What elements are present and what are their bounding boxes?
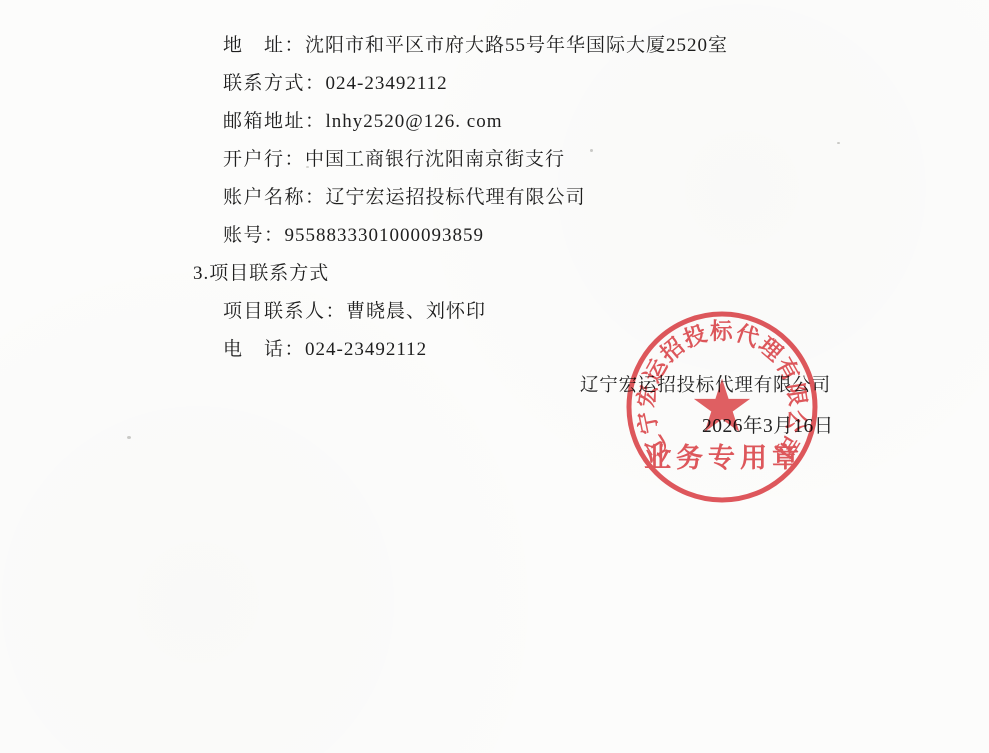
bank-line: 开户行：中国工商银行沈阳南京街支行 — [193, 141, 843, 179]
project-contact-heading-text: 3.项目联系方式 — [193, 263, 329, 284]
phone-line: 电 话：024-23492112 — [193, 331, 843, 369]
address-value: 沈阳市和平区市府大路55号年华国际大厦2520室 — [305, 35, 728, 56]
scan-speck — [127, 436, 131, 439]
account-number-value: 9558833301000093859 — [285, 225, 485, 246]
scan-speck — [306, 166, 309, 168]
phone-label: 电 话： — [223, 339, 305, 360]
contact-label: 联系方式： — [223, 73, 326, 94]
seal-bottom-text: 业务专用章 — [644, 442, 804, 473]
bank-value: 中国工商银行沈阳南京街支行 — [305, 149, 565, 170]
project-contact-person-value: 曹晓晨、刘怀印 — [346, 301, 486, 322]
scan-speck — [837, 142, 840, 144]
signature-company-name: 辽宁宏运招投标代理有限公司 — [580, 371, 831, 397]
email-line: 邮箱地址：lnhy2520@126. com — [193, 103, 843, 141]
account-name-value: 辽宁宏运招投标代理有限公司 — [326, 187, 586, 208]
project-contact-person-line: 项目联系人：曹晓晨、刘怀印 — [193, 293, 843, 331]
scan-speck — [590, 149, 593, 152]
phone-value: 024-23492112 — [305, 339, 427, 360]
account-name-line: 账户名称：辽宁宏运招投标代理有限公司 — [193, 179, 843, 217]
address-label: 地 址： — [223, 35, 305, 56]
project-contact-heading: 3.项目联系方式 — [193, 255, 843, 293]
contact-info-block: 地 址：沈阳市和平区市府大路55号年华国际大厦2520室 联系方式：024-23… — [193, 27, 843, 369]
document-page: 地 址：沈阳市和平区市府大路55号年华国际大厦2520室 联系方式：024-23… — [0, 0, 989, 753]
contact-line: 联系方式：024-23492112 — [193, 65, 843, 103]
address-line: 地 址：沈阳市和平区市府大路55号年华国际大厦2520室 — [193, 27, 843, 65]
project-contact-person-label: 项目联系人： — [223, 301, 346, 322]
signature-date: 2026年3月16日 — [702, 410, 834, 438]
email-value: lnhy2520@126. com — [326, 111, 503, 132]
account-number-line: 账号：9558833301000093859 — [193, 217, 843, 255]
bank-label: 开户行： — [223, 149, 305, 170]
account-name-label: 账户名称： — [223, 187, 326, 208]
contact-value: 024-23492112 — [326, 73, 448, 94]
account-number-label: 账号： — [223, 225, 285, 246]
email-label: 邮箱地址： — [223, 111, 326, 132]
